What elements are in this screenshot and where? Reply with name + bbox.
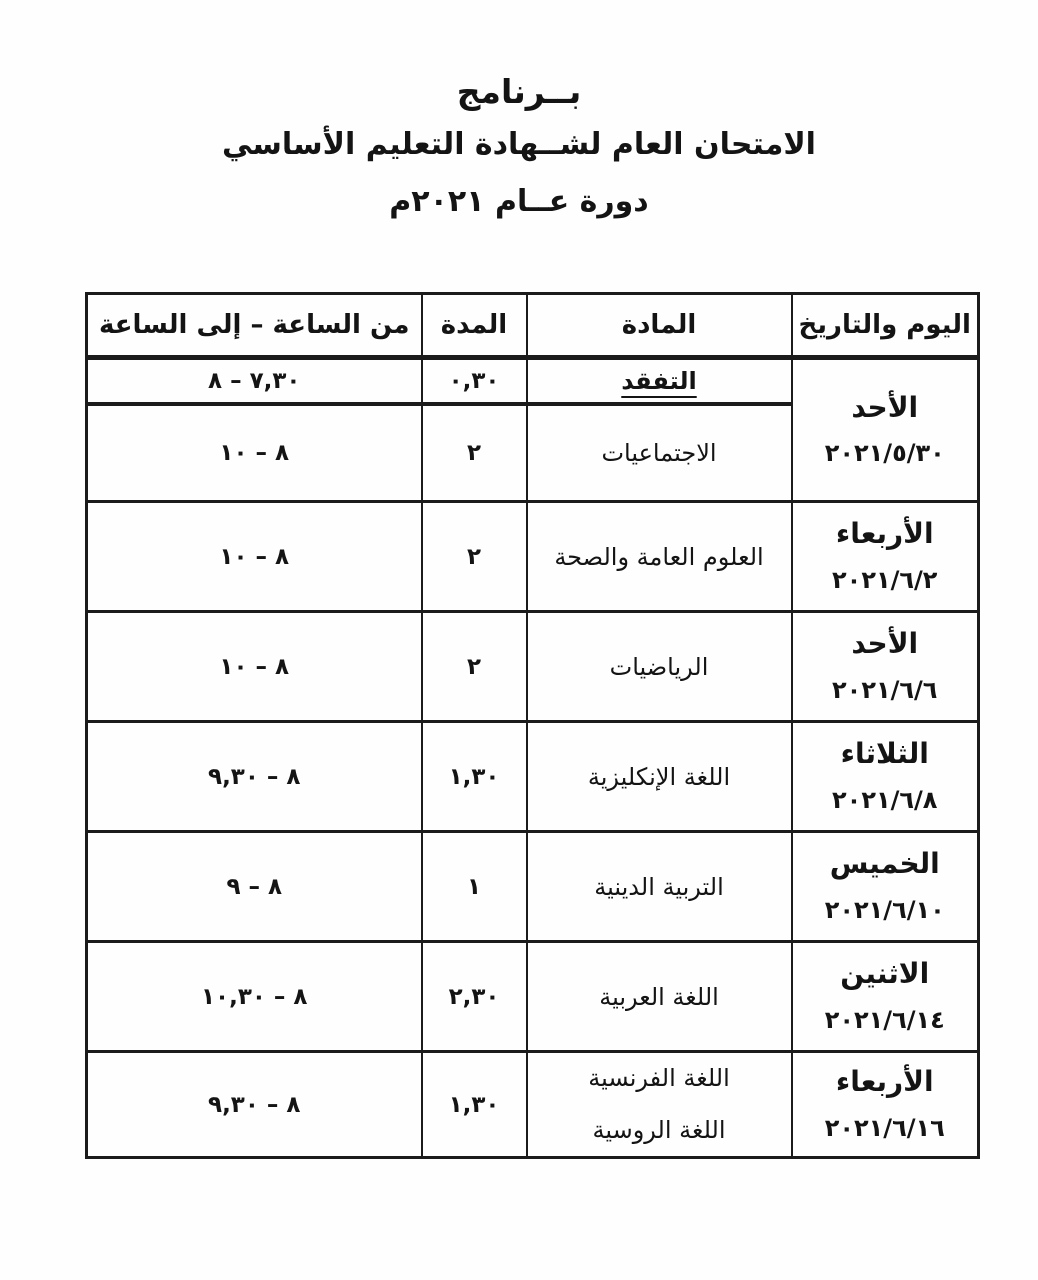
table-header-row: اليوم والتاريخ المادة المدة من الساعة – … [87, 294, 979, 358]
day-date-cell-g3: الأحد ٢٠٢١/٦/٦ [792, 612, 979, 722]
day-name: الأحد [793, 629, 978, 660]
day-name: الأحد [793, 393, 978, 424]
time-cell: ٨ – ٩ [87, 832, 422, 942]
subject-cell: التربية الدينية [527, 832, 792, 942]
duration-cell: ٢ [422, 404, 527, 502]
day-date-cell-g2: الأربعاء ٢٠٢١/٦/٢ [792, 502, 979, 612]
table-row-religious-education: الخميس ٢٠٢١/٦/١٠ التربية الدينية ١ ٨ – ٩ [87, 832, 979, 942]
time-cell: ٨ – ١٠ [87, 404, 422, 502]
subject-line-russian: اللغة الروسية [528, 1117, 791, 1145]
subject-cell: اللغة الفرنسية اللغة الروسية [527, 1052, 792, 1158]
duration-cell: ٢,٣٠ [422, 942, 527, 1052]
subject-line-french: اللغة الفرنسية [528, 1065, 791, 1093]
table-row-french-russian: الأربعاء ٢٠٢١/٦/١٦ اللغة الفرنسية اللغة … [87, 1052, 979, 1158]
day-name: الخميس [793, 849, 978, 880]
header-time-range: من الساعة – إلى الساعة [87, 294, 422, 358]
scanned-document-page: بــرنامج الامتحان العام لشــهادة التعليم… [0, 0, 1038, 1280]
date-value: ٢٠٢١/٦/١٠ [793, 896, 978, 924]
header-subject: المادة [527, 294, 792, 358]
time-cell: ٨ – ١٠ [87, 612, 422, 722]
table-row-english: الثلاثاء ٢٠٢١/٦/٨ اللغة الإنكليزية ١,٣٠ … [87, 722, 979, 832]
day-date-cell-g4: الثلاثاء ٢٠٢١/٦/٨ [792, 722, 979, 832]
table-row-arabic: الاثنين ٢٠٢١/٦/١٤ اللغة العربية ٢,٣٠ ٨ –… [87, 942, 979, 1052]
document-subtitle: الامتحان العام لشــهادة التعليم الأساسي [0, 127, 1038, 162]
subject-cell: الرياضيات [527, 612, 792, 722]
duration-cell: ١,٣٠ [422, 1052, 527, 1158]
document-title: بــرنامج [0, 72, 1038, 111]
subject-cell: التفقد [527, 358, 792, 404]
time-cell: ٨ – ٩,٣٠ [87, 1052, 422, 1158]
subject-cell: العلوم العامة والصحة [527, 502, 792, 612]
time-cell: ٨ – ٩,٣٠ [87, 722, 422, 832]
day-name: الثلاثاء [793, 739, 978, 770]
day-date-cell-g5: الخميس ٢٠٢١/٦/١٠ [792, 832, 979, 942]
day-name: الأربعاء [793, 1067, 978, 1098]
duration-cell: ٢ [422, 612, 527, 722]
header-day-date: اليوم والتاريخ [792, 294, 979, 358]
duration-cell: ١,٣٠ [422, 722, 527, 832]
day-date-cell-g7: الأربعاء ٢٠٢١/٦/١٦ [792, 1052, 979, 1158]
date-value: ٢٠٢١/٦/٦ [793, 676, 978, 704]
document-session-line: دورة عــام ٢٠٢١م [0, 184, 1038, 219]
header-duration: المدة [422, 294, 527, 358]
date-value: ٢٠٢١/٦/٢ [793, 566, 978, 594]
exam-schedule-table: اليوم والتاريخ المادة المدة من الساعة – … [85, 292, 980, 1159]
date-value: ٢٠٢١/٦/١٤ [793, 1006, 978, 1034]
date-value: ٢٠٢١/٦/٨ [793, 786, 978, 814]
subject-cell: الاجتماعيات [527, 404, 792, 502]
duration-cell: ٢ [422, 502, 527, 612]
duration-cell: ٠,٣٠ [422, 358, 527, 404]
time-cell: ٨ – ١٠ [87, 502, 422, 612]
day-name: الأربعاء [793, 519, 978, 550]
date-value: ٢٠٢١/٦/١٦ [793, 1114, 978, 1142]
day-date-cell-g1: الأحد ٢٠٢١/٥/٣٠ [792, 358, 979, 502]
time-cell: ٨ – ١٠,٣٠ [87, 942, 422, 1052]
day-name: الاثنين [793, 959, 978, 990]
table-row-science-health: الأربعاء ٢٠٢١/٦/٢ العلوم العامة والصحة ٢… [87, 502, 979, 612]
time-cell: ٧,٣٠ – ٨ [87, 358, 422, 404]
day-date-cell-g6: الاثنين ٢٠٢١/٦/١٤ [792, 942, 979, 1052]
table-row-inspection: الأحد ٢٠٢١/٥/٣٠ التفقد ٠,٣٠ ٧,٣٠ – ٨ [87, 358, 979, 404]
date-value: ٢٠٢١/٥/٣٠ [793, 439, 978, 467]
title-block: بــرنامج الامتحان العام لشــهادة التعليم… [0, 72, 1038, 219]
subject-cell: اللغة العربية [527, 942, 792, 1052]
table-row-mathematics: الأحد ٢٠٢١/٦/٦ الرياضيات ٢ ٨ – ١٠ [87, 612, 979, 722]
duration-cell: ١ [422, 832, 527, 942]
subject-cell: اللغة الإنكليزية [527, 722, 792, 832]
